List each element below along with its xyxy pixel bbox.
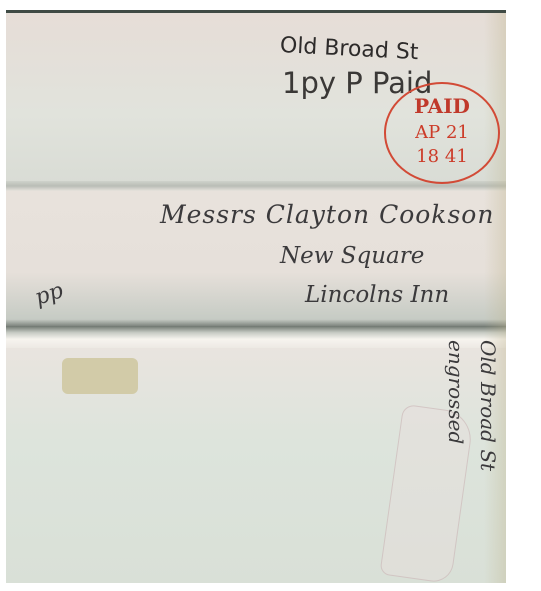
- datestamp-year: 18 41: [386, 146, 498, 167]
- docket-line-2: engrossed: [444, 340, 468, 444]
- paid-datestamp: PAID AP 21 18 41: [384, 82, 500, 184]
- address-line-2: New Square: [280, 243, 424, 269]
- datestamp-date: AP 21: [386, 122, 498, 143]
- docket-line-1: Old Broad St: [476, 340, 500, 471]
- docket-note: Old Broad St engrossed: [440, 340, 504, 570]
- datestamp-paid: PAID: [386, 94, 498, 118]
- address-line-3: Lincolns Inn: [305, 282, 449, 308]
- wax-seal-remnant: [62, 358, 138, 394]
- fold-line: [6, 326, 506, 348]
- address-line-1: Messrs Clayton Cookson: [160, 200, 494, 229]
